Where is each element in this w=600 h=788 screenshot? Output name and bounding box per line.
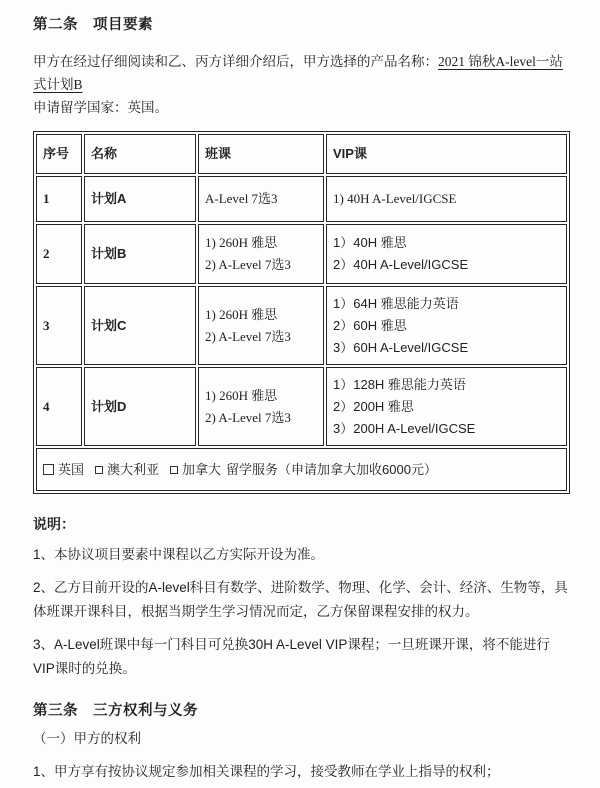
header-name: 名称	[84, 134, 196, 174]
class-line: 2) A-Level 7选3	[205, 254, 317, 276]
row4-name: 计划D	[84, 367, 196, 446]
class-line: A-Level 7选3	[205, 188, 317, 210]
note-item-2: 2、乙方目前开设的A-level科目有数学、进阶数学、物理、化学、会计、经济、生…	[33, 576, 570, 624]
vip-line: 2）60H 雅思	[333, 315, 560, 337]
class-line: 1) 260H 雅思	[205, 385, 317, 407]
class-line: 2) A-Level 7选3	[205, 326, 317, 348]
vip-line: 3）200H A-Level/IGCSE	[333, 418, 560, 440]
option-canada: 加拿大	[170, 462, 221, 477]
table-row: 1 计划A A-Level 7选3 1) 40H A-Level/IGCSE	[36, 176, 567, 222]
row1-no: 1	[36, 176, 82, 222]
class-line: 2) A-Level 7选3	[205, 407, 317, 429]
vip-line: 3）60H A-Level/IGCSE	[333, 337, 560, 359]
vip-line: 1) 40H A-Level/IGCSE	[333, 188, 560, 210]
notes-title: 说明：	[33, 514, 570, 534]
plans-table: 序号 名称 班课 VIP课 1 计划A A-Level 7选3 1) 40H A…	[33, 131, 570, 494]
table-row: 3 计划C 1) 260H 雅思 2) A-Level 7选3 1）64H 雅思…	[36, 286, 567, 365]
table-row: 4 计划D 1) 260H 雅思 2) A-Level 7选3 1）128H 雅…	[36, 367, 567, 446]
header-class: 班课	[198, 134, 324, 174]
vip-line: 1）64H 雅思能力英语	[333, 293, 560, 315]
row3-no: 3	[36, 286, 82, 365]
row3-class: 1) 260H 雅思 2) A-Level 7选3	[198, 286, 324, 365]
row1-vip: 1) 40H A-Level/IGCSE	[326, 176, 567, 222]
service-text: 留学服务（申请加拿大加收6000元）	[226, 462, 437, 477]
country-options-cell: 英国澳大利亚加拿大留学服务（申请加拿大加收6000元）	[36, 448, 567, 491]
intro-paragraph: 甲方在经过仔细阅读和乙、丙方详细介绍后，甲方选择的产品名称：2021 锦秋A-l…	[33, 50, 570, 119]
row2-class: 1) 260H 雅思 2) A-Level 7选3	[198, 224, 324, 284]
country-options-row: 英国澳大利亚加拿大留学服务（申请加拿大加收6000元）	[36, 448, 567, 491]
option-australia: 澳大利亚	[95, 462, 159, 477]
vip-line: 1）40H 雅思	[333, 232, 560, 254]
row4-no: 4	[36, 367, 82, 446]
row4-class: 1) 260H 雅思 2) A-Level 7选3	[198, 367, 324, 446]
row1-name: 计划A	[84, 176, 196, 222]
row3-name: 计划C	[84, 286, 196, 365]
intro-line2: 申请留学国家：英国。	[33, 96, 570, 119]
vip-line: 1）128H 雅思能力英语	[333, 374, 560, 396]
option-australia-label: 澳大利亚	[107, 462, 159, 477]
checkbox-canada-icon[interactable]	[170, 466, 178, 474]
article3-title: 第三条 三方权利与义务	[33, 699, 570, 720]
checkbox-uk-icon[interactable]	[43, 464, 54, 475]
row1-class: A-Level 7选3	[198, 176, 324, 222]
row4-vip: 1）128H 雅思能力英语 2）200H 雅思 3）200H A-Level/I…	[326, 367, 567, 446]
notes-section: 说明： 1、本协议项目要素中课程以乙方实际开设为准。 2、乙方目前开设的A-le…	[33, 514, 570, 681]
intro-prefix: 甲方在经过仔细阅读和乙、丙方详细介绍后，甲方选择的产品名称：	[33, 54, 438, 69]
option-uk: 英国	[43, 462, 84, 477]
checkbox-australia-icon[interactable]	[95, 466, 103, 474]
class-line: 1) 260H 雅思	[205, 232, 317, 254]
class-line: 1) 260H 雅思	[205, 304, 317, 326]
vip-line: 2）200H 雅思	[333, 396, 560, 418]
note-item-3: 3、A-Level班课中每一门科目可兑换30H A-Level VIP课程；一旦…	[33, 633, 570, 681]
note-item-1: 1、本协议项目要素中课程以乙方实际开设为准。	[33, 543, 570, 567]
row2-name: 计划B	[84, 224, 196, 284]
document-page: 第二条 项目要素 甲方在经过仔细阅读和乙、丙方详细介绍后，甲方选择的产品名称：2…	[33, 13, 570, 784]
row2-no: 2	[36, 224, 82, 284]
article2-title: 第二条 项目要素	[33, 13, 570, 34]
article3-item1: 1、甲方享有按协议规定参加相关课程的学习，接受教师在学业上指导的权利；	[33, 760, 570, 784]
row2-vip: 1）40H 雅思 2）40H A-Level/IGCSE	[326, 224, 567, 284]
table-row: 2 计划B 1) 260H 雅思 2) A-Level 7选3 1）40H 雅思…	[36, 224, 567, 284]
header-vip: VIP课	[326, 134, 567, 174]
vip-line: 2）40H A-Level/IGCSE	[333, 254, 560, 276]
row3-vip: 1）64H 雅思能力英语 2）60H 雅思 3）60H A-Level/IGCS…	[326, 286, 567, 365]
option-uk-label: 英国	[58, 462, 84, 477]
article3-section1: （一）甲方的权利	[33, 727, 570, 751]
option-canada-label: 加拿大	[182, 462, 221, 477]
header-no: 序号	[36, 134, 82, 174]
table-header-row: 序号 名称 班课 VIP课	[36, 134, 567, 174]
intro-line1: 甲方在经过仔细阅读和乙、丙方详细介绍后，甲方选择的产品名称：2021 锦秋A-l…	[33, 50, 570, 96]
